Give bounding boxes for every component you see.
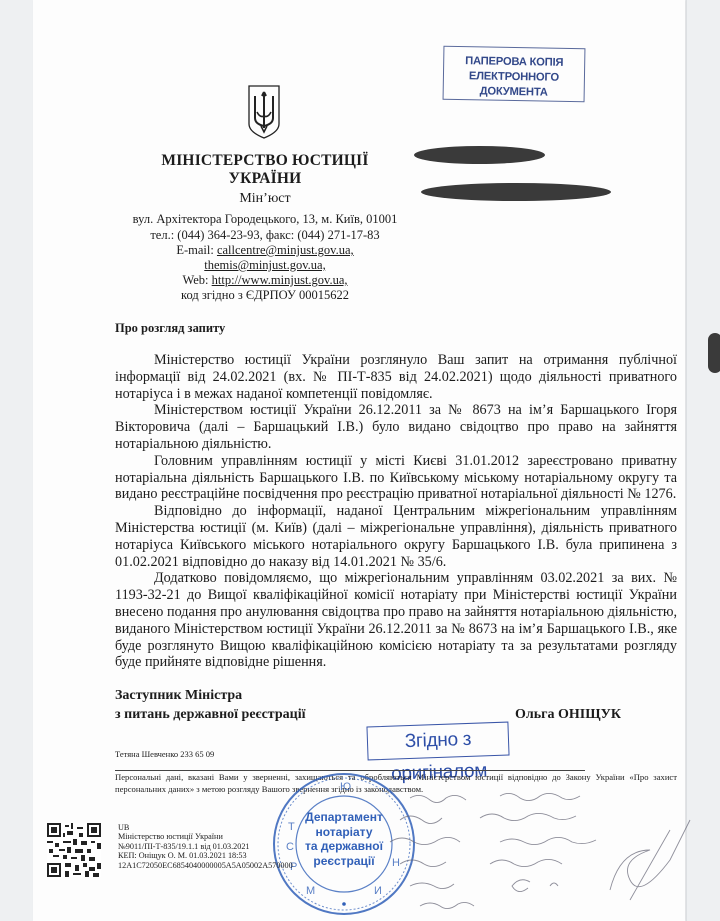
- trident-icon: [247, 84, 281, 140]
- paragraph-4: Відповідно до інформації, наданої Центра…: [115, 503, 677, 570]
- web-label: Web:: [182, 273, 211, 287]
- paragraph-5: Додатково повідомляємо, що міжрегіональн…: [115, 570, 677, 671]
- ecp-line-3: №9011/ПІ-Т-835/19.1.1 від 01.03.2021: [118, 842, 293, 851]
- letter-body: Міністерство юстиції України розглянуло …: [115, 352, 677, 671]
- letter-subject: Про розгляд запиту: [115, 321, 225, 336]
- viewer-sidebar: [686, 0, 720, 921]
- svg-text:М: М: [306, 885, 315, 897]
- qr-code-icon: [47, 823, 101, 877]
- ministry-address: вул. Архітектора Городецького, 13, м. Ки…: [120, 211, 410, 228]
- paragraph-1: Міністерство юстиції України розглянуло …: [115, 352, 677, 402]
- signatory-name: Ольга ОНІЩУК: [515, 707, 621, 723]
- ecp-line-4: КЕП: Оніщук О. М. 01.03.2021 18:53: [118, 851, 293, 860]
- redacted-recipient-address: [421, 183, 611, 201]
- certified-copy-stamp: Згідно з оригіналом: [366, 722, 509, 761]
- ecp-line-5: 12A1C72050EC6854040000005A5A05002A570000: [118, 861, 293, 870]
- ministry-edrpou: код згідно з ЄДРПОУ 00015622: [120, 287, 410, 304]
- svg-text:Ю: Ю: [340, 781, 351, 793]
- ecp-line-2: Міністерство юстиції України: [118, 832, 293, 841]
- handwritten-certification-icon: [380, 790, 700, 910]
- redacted-recipient-name: [414, 146, 545, 164]
- email-label: E-mail:: [176, 243, 217, 257]
- paragraph-2: Міністерством юстиції України 26.12.2011…: [115, 402, 677, 452]
- paper-copy-stamp: ПАПЕРОВА КОПІЯ ЕЛЕКТРОННОГО ДОКУМЕНТА: [443, 46, 586, 102]
- executor-contact: Тетяна Шевченко 233 65 09: [115, 749, 214, 759]
- signatory-position-line2: з питань державної реєстрації: [115, 705, 305, 724]
- ministry-name: МІНІСТЕРСТВО ЮСТИЦІЇ: [120, 152, 410, 170]
- signatory-position-line1: Заступник Міністра: [115, 686, 305, 705]
- paper-copy-stamp-line2: ЕЛЕКТРОННОГО ДОКУМЕНТА: [444, 69, 585, 101]
- signatory-position: Заступник Міністра з питань державної ре…: [115, 686, 305, 724]
- e-signature-details: UB Міністерство юстиції України №9011/ПІ…: [118, 823, 293, 870]
- email-link-themis[interactable]: themis@minjust.gov.ua,: [204, 258, 325, 272]
- paragraph-3: Головним управлінням юстиції у місті Киє…: [115, 453, 677, 503]
- paper-copy-stamp-line1: ПАПЕРОВА КОПІЯ: [444, 54, 584, 71]
- ministry-short-name: Мін’юст: [120, 191, 410, 208]
- ecp-line-1: UB: [118, 823, 293, 832]
- scroll-handle[interactable]: [708, 333, 720, 373]
- web-link[interactable]: http://www.minjust.gov.ua,: [212, 273, 348, 287]
- ministry-country: УКРАЇНИ: [120, 170, 410, 188]
- email-link-callcentre[interactable]: callcentre@minjust.gov.ua,: [217, 243, 354, 257]
